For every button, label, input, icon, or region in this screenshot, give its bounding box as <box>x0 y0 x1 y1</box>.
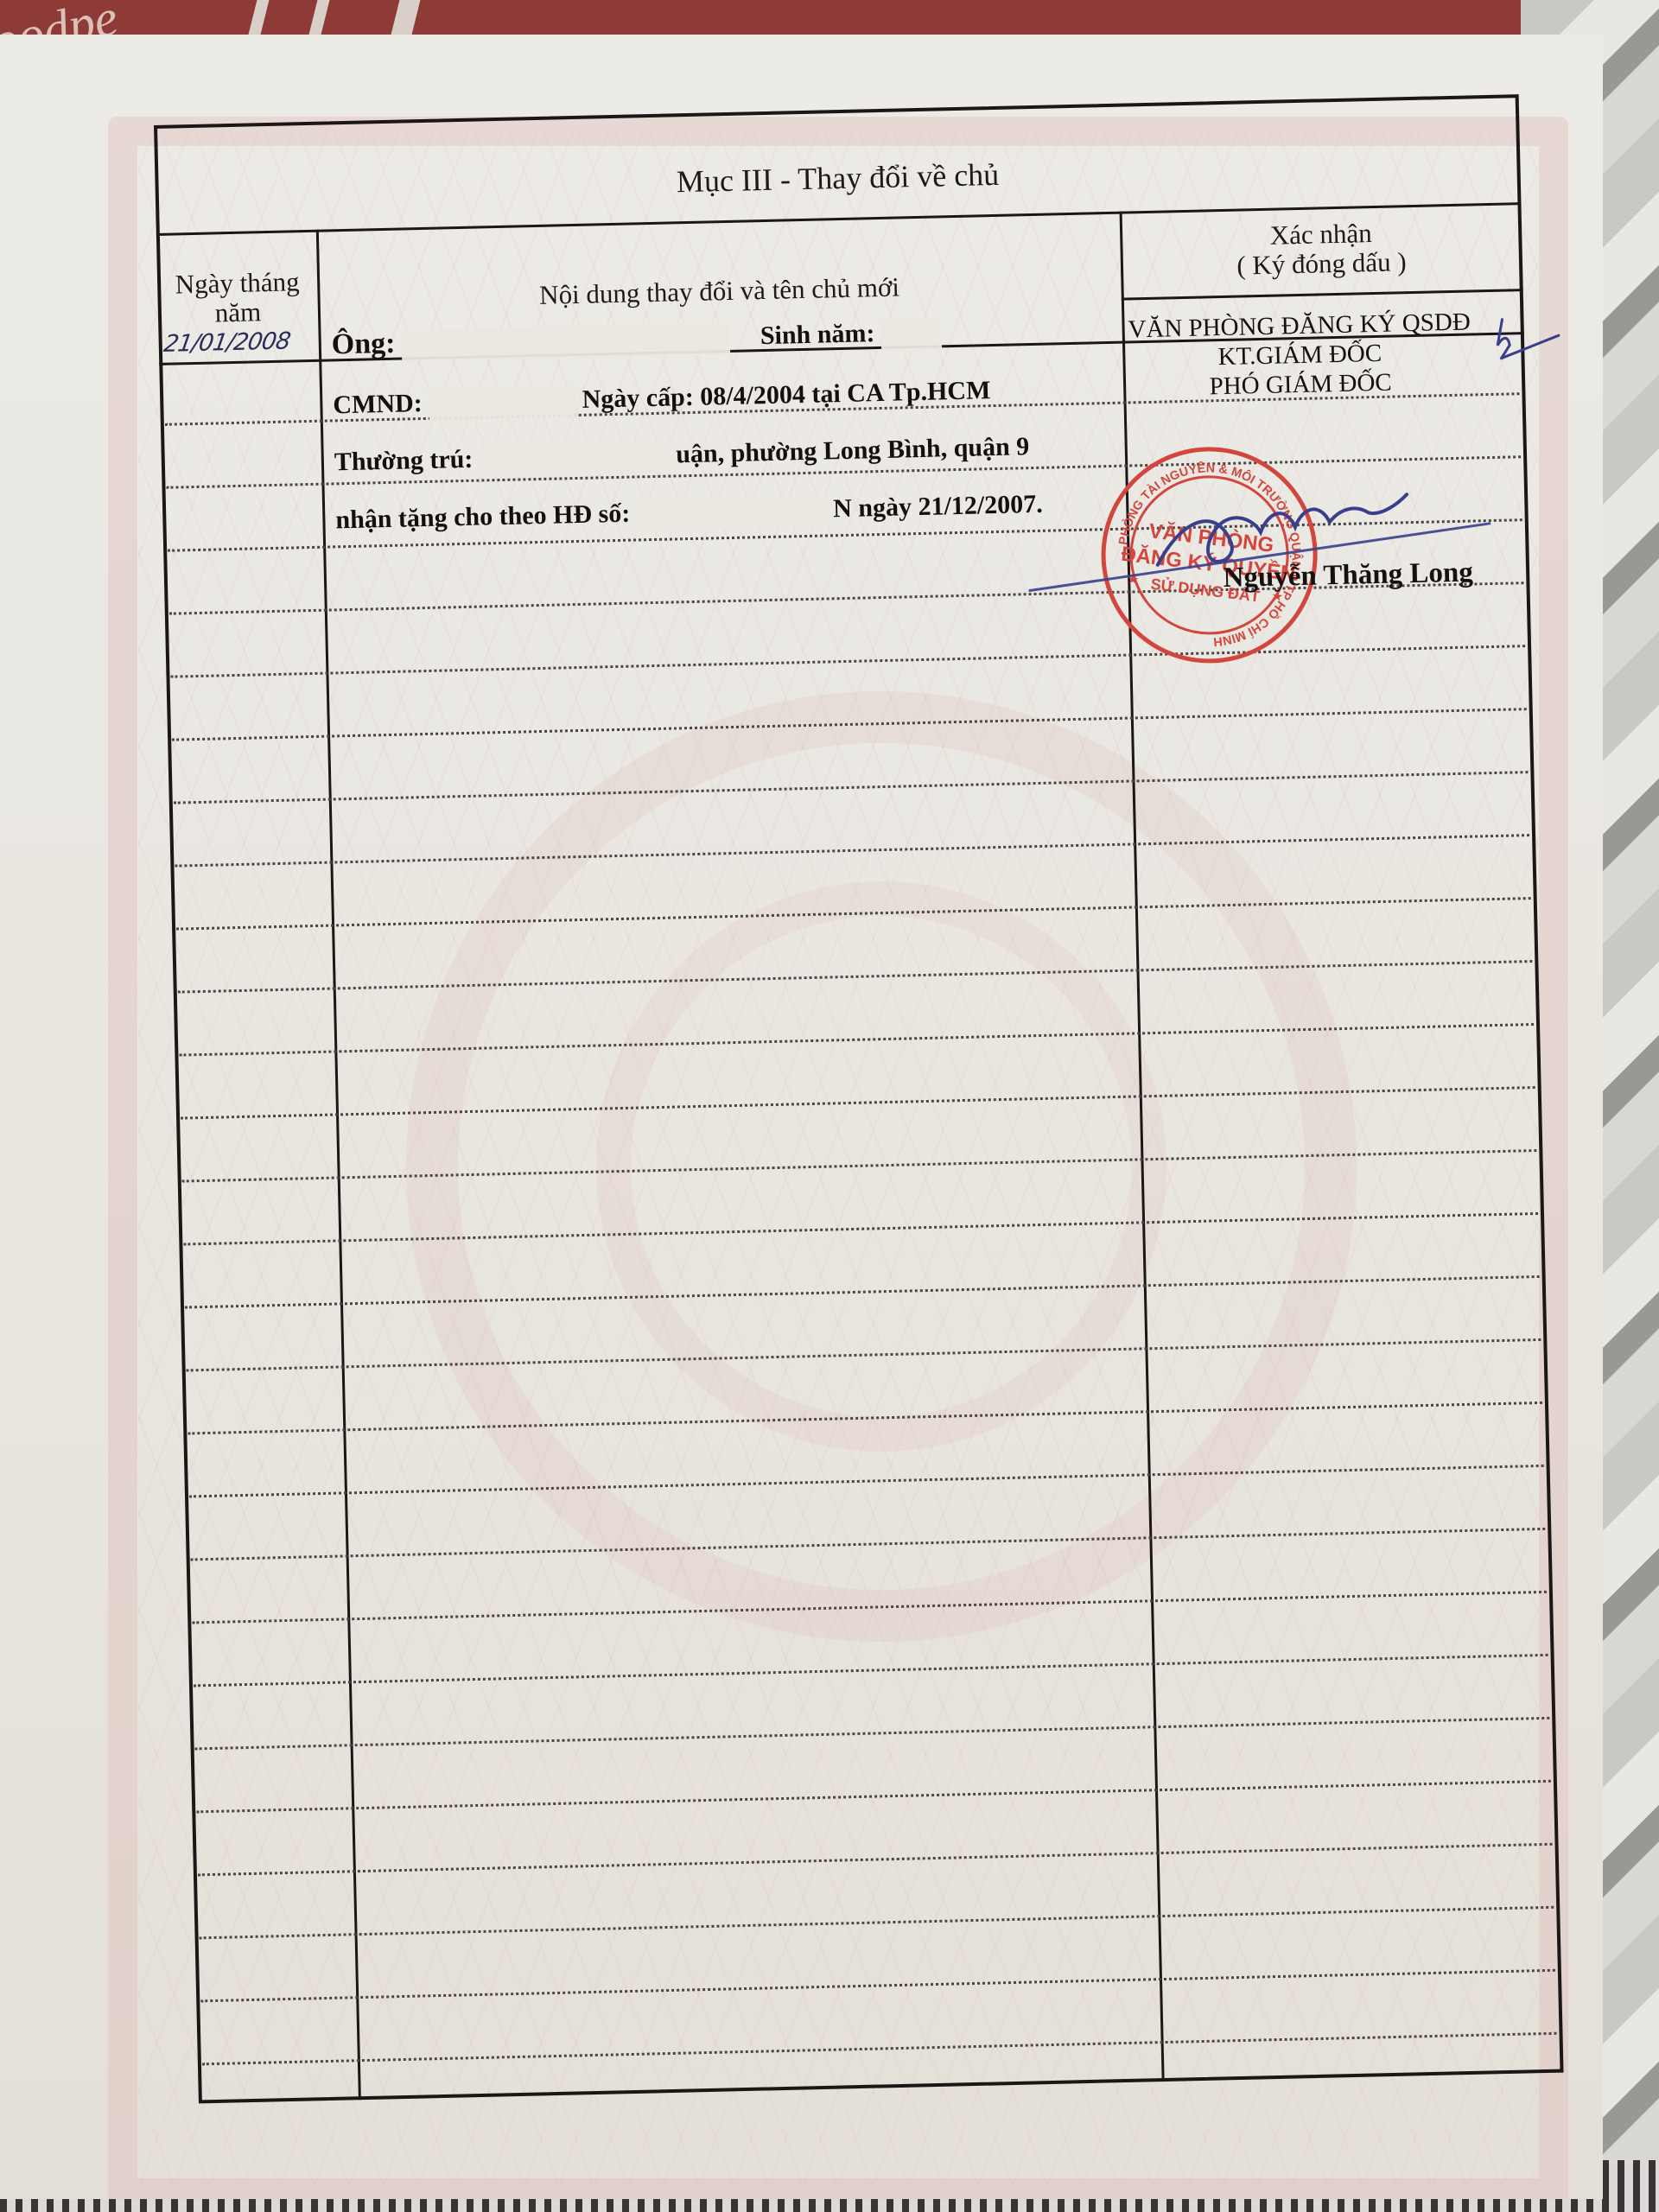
handwritten-initials <box>1484 309 1564 372</box>
redacted-contract-number <box>636 496 827 531</box>
header-date-line2: năm <box>158 296 319 329</box>
confirmation-block: VĂN PHÒNG ĐĂNG KÝ QSDĐ KT.GIÁM ĐỐC PHÓ G… <box>1057 306 1542 405</box>
header-date-line1: Ngày tháng <box>157 267 318 300</box>
header-date: Ngày tháng năm <box>157 267 318 329</box>
owner-label: Ông: <box>331 327 396 361</box>
document-page: Mục III - Thay đổi về chủ Ngày tháng năm… <box>0 35 1603 2199</box>
birth-year-label: Sinh năm: <box>760 319 875 350</box>
contract-date: N ngày 21/12/2007. <box>833 490 1043 523</box>
entry-date: 21/01/2008 <box>162 327 291 357</box>
gift-contract-label: nhận tặng cho theo HĐ số: <box>335 499 631 535</box>
header-confirmation: Xác nhận ( Ký đóng dấu ) <box>1120 215 1522 283</box>
redacted-id-number <box>429 386 576 421</box>
redacted-birth-year <box>881 318 943 351</box>
residence-label: Thường trú: <box>334 445 474 477</box>
redacted-address <box>479 442 670 477</box>
change-of-owner-table: Mục III - Thay đổi về chủ Ngày tháng năm… <box>154 94 1564 2103</box>
id-label: CMND: <box>333 389 423 419</box>
